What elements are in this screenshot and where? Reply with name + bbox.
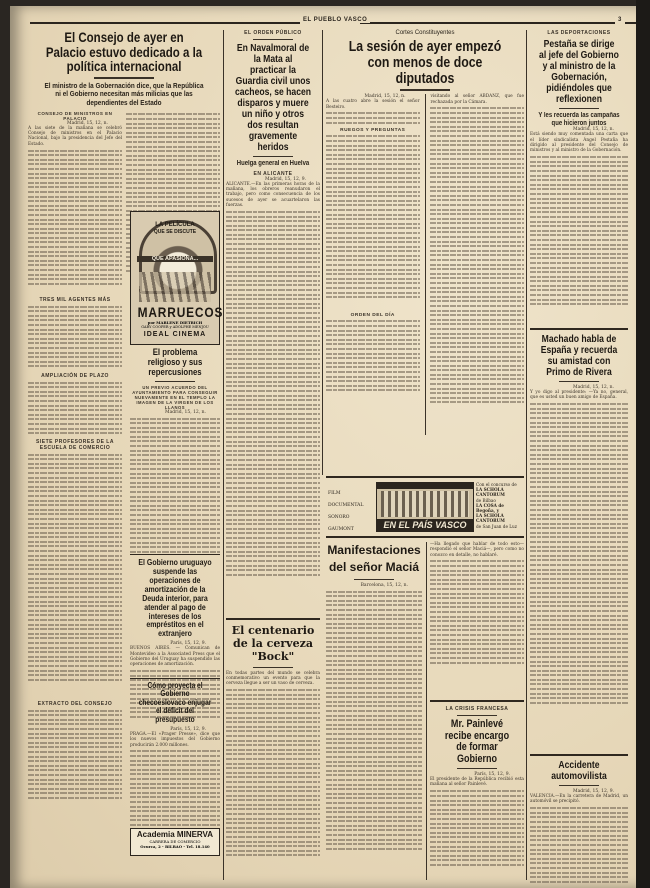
subsection-heading: SIETE PROFESORES DE LA ESCUELA DE COMERC…: [28, 439, 122, 451]
article-painleve: LA CRISIS FRANCESA Mr. Painlevé recibe e…: [430, 706, 524, 878]
ad-academia-minerva: Academia MINERVA CARRERA DE COMERCIO Ocu…: [130, 828, 220, 856]
ad-film-pais-vasco: FILM DOCUMENTAL SONORO GAUMONT EN EL PAÍ…: [326, 482, 524, 534]
ad-film-title: MARRUECOS: [138, 304, 213, 320]
subsection-heading: EXTRACTO DEL CONSEJO: [28, 701, 122, 707]
ad-tagline: QUE SE DISCUTE: [131, 229, 219, 235]
lead-paragraph: El presidente de la República recibió es…: [430, 777, 524, 788]
article-cortes: Cortes Constituyentes La sesión de ayer …: [326, 30, 524, 435]
body-text: [430, 788, 524, 878]
ad-text: de San Juan de Luz: [476, 524, 524, 529]
article-checoeslovaquia: Cómo proyecta el Gobierno checoeslovaco …: [130, 682, 220, 843]
article-macia: Manifestaciones del señor Maciá Barcelon…: [326, 542, 422, 878]
lead-paragraph: ALICANTE.—En las primeras horas de la ma…: [226, 182, 320, 208]
body-text: [326, 110, 420, 128]
headline: Pestaña se dirige al jefe del Gobierno y…: [539, 39, 619, 105]
article-pestana: LAS DEPORTACIONES Pestaña se dirige al j…: [530, 30, 628, 324]
divider: [94, 77, 154, 79]
body-text: [326, 318, 420, 398]
subheadline: Huelga general en Huelva: [233, 160, 313, 168]
ad-name: Academia MINERVA: [131, 830, 219, 839]
ad-text: LA SCHOLA CANTORUM: [476, 487, 524, 497]
lead-paragraph: PRAGA.—El «Prager Presse», dice que los …: [130, 732, 220, 748]
subheadline: UN PREVIO ACUERDO DEL AYUNTAMIENTO PARA …: [130, 385, 220, 410]
lead-paragraph: En todas partes del mundo se celebra con…: [226, 671, 320, 687]
subsection-heading: TRES MIL AGENTES MÁS: [28, 297, 122, 303]
article-macia-cont: —Ha llegado que hablar de todo esto—resp…: [430, 542, 524, 680]
divider: [253, 667, 293, 668]
headline: El Consejo de ayer en Palacio estuvo ded…: [45, 30, 202, 74]
headline: En Navalmoral de la Mata al practicar la…: [234, 43, 311, 153]
lead-paragraph: Y yo digo al presidente: —Ya no, general…: [530, 390, 628, 401]
body-text: [530, 154, 628, 324]
ad-label: FILM: [328, 488, 363, 500]
newspaper-name: EL PUEBLO VASCO: [300, 17, 370, 23]
newspaper-page: EL PUEBLO VASCO 3 El Consejo de ayer en …: [10, 6, 638, 888]
lead-paragraph: —Ha llegado que hablar de todo esto—resp…: [430, 542, 524, 558]
section-label: EL ORDEN PÚBLICO: [226, 30, 320, 36]
headline: Manifestaciones del señor Maciá: [326, 542, 422, 576]
divider: [559, 108, 599, 109]
divider: [226, 618, 320, 620]
ad-costar: GARY COOPER y ADOLPHE MENJOU: [131, 325, 219, 329]
headline: Accidente automovilista: [539, 760, 619, 782]
lead-paragraph: Está siendo muy comentada una carta que …: [530, 132, 628, 153]
divider: [130, 678, 220, 679]
article-machado: Machado habla de España y recuerda su am…: [530, 334, 628, 741]
section-heading: CONSEJO DE MINISTROS EN PALACIO: [28, 111, 122, 121]
article-religioso: El problema religioso y sus repercusione…: [130, 348, 220, 565]
subheadline: Y les recuerda las campañas que hicieron…: [537, 112, 620, 127]
headline: Machado habla de España y recuerda su am…: [539, 334, 619, 378]
article-navalmoral: EL ORDEN PÚBLICO En Navalmoral de la Mat…: [226, 30, 320, 616]
headline: La sesión de ayer empezó con menos de do…: [344, 39, 506, 86]
lead-paragraph: VALENCIA.—En la carretera de Madrid, un …: [530, 794, 628, 805]
lead-paragraph: BUENOS AIRES. — Comunican de Montevideo …: [130, 646, 220, 667]
divider: [326, 536, 524, 538]
subheadline: El ministro de la Gobernación dice, que …: [42, 82, 205, 107]
divider: [155, 381, 195, 382]
headline: El Gobierno uruguayo suspende las operac…: [138, 558, 212, 638]
divider: [400, 89, 450, 91]
divider: [457, 715, 497, 716]
masthead: EL PUEBLO VASCO 3: [30, 18, 640, 26]
subsection-heading: AMPLIACIÓN DE PLAZO: [28, 373, 122, 379]
divider: [530, 754, 628, 756]
masthead-rule-left: [30, 22, 300, 24]
divider: [354, 579, 394, 580]
ad-label: DOCUMENTAL: [328, 500, 363, 512]
ad-banner: EN EL PAÍS VASCO: [377, 519, 473, 531]
divider: [559, 785, 599, 786]
headline: El centenario de la cerveza "Bock": [226, 624, 320, 664]
divider: [130, 554, 220, 555]
body-text: [326, 133, 420, 313]
ad-text: LA COSA de Begoña, y: [476, 503, 524, 513]
column-divider: [426, 542, 427, 880]
page-number: 3: [615, 17, 624, 23]
body-text: [28, 147, 122, 297]
ad-photo: EN EL PAÍS VASCO: [376, 482, 474, 532]
ad-venue: IDEAL CINEMA: [131, 331, 219, 338]
ad-label: GAUMONT: [328, 524, 363, 536]
divider: [326, 476, 524, 478]
ad-address: Ocurca, 2 - BILBAO - Tel. 18.140: [131, 844, 219, 849]
headline: Mr. Painlevé recibe encargo de formar Go…: [438, 719, 515, 765]
ad-marruecos: LA PELÍCULA QUE SE DISCUTE QUE APASIONA.…: [130, 211, 220, 345]
body-text: [326, 588, 422, 878]
divider: [457, 768, 497, 769]
lead-paragraph: visitando al señor ABDANZ, que fue recha…: [430, 94, 524, 105]
section-label: LAS DEPORTACIONES: [530, 30, 628, 36]
body-text: [530, 401, 628, 741]
lead-paragraph: A las cuatro abre la sesión el señor Bes…: [326, 99, 420, 110]
divider: [559, 381, 599, 382]
column-divider: [526, 30, 527, 880]
page-edge: [636, 0, 650, 888]
ad-tagline: LA PELÍCULA: [131, 222, 219, 228]
body-text: [226, 208, 320, 616]
ad-tagline: QUE APASIONA...: [137, 256, 213, 262]
column-divider: [223, 30, 224, 880]
masthead-rule-mid: [360, 22, 615, 24]
divider: [530, 328, 628, 330]
body-text: [28, 707, 122, 807]
body-text: [430, 105, 524, 435]
body-text: [530, 805, 628, 888]
headline: El problema religioso y sus repercusione…: [138, 348, 212, 378]
divider: [253, 156, 293, 157]
lead-paragraph: A las siete de la mañana se celebró Cons…: [28, 126, 122, 147]
body-text: [430, 558, 524, 680]
body-text: [28, 303, 122, 373]
section-label: Cortes Constituyentes: [326, 30, 524, 36]
column-divider: [322, 30, 323, 475]
section-label: LA CRISIS FRANCESA: [430, 706, 524, 712]
body-text: [226, 686, 320, 876]
ad-text: LA SCHOLA CANTORUM: [476, 513, 524, 523]
body-text: [28, 451, 122, 701]
body-text: [130, 415, 220, 565]
article-cerveza-bock: El centenario de la cerveza "Bock" En to…: [226, 624, 320, 876]
headline: Cómo proyecta el Gobierno checoeslovaco …: [138, 682, 212, 724]
ad-label: SONORO: [328, 512, 363, 524]
article-accidente: Accidente automovilista Madrid, 15, 12, …: [530, 760, 628, 888]
divider: [430, 700, 524, 702]
divider: [253, 39, 293, 40]
body-text: [28, 379, 122, 439]
